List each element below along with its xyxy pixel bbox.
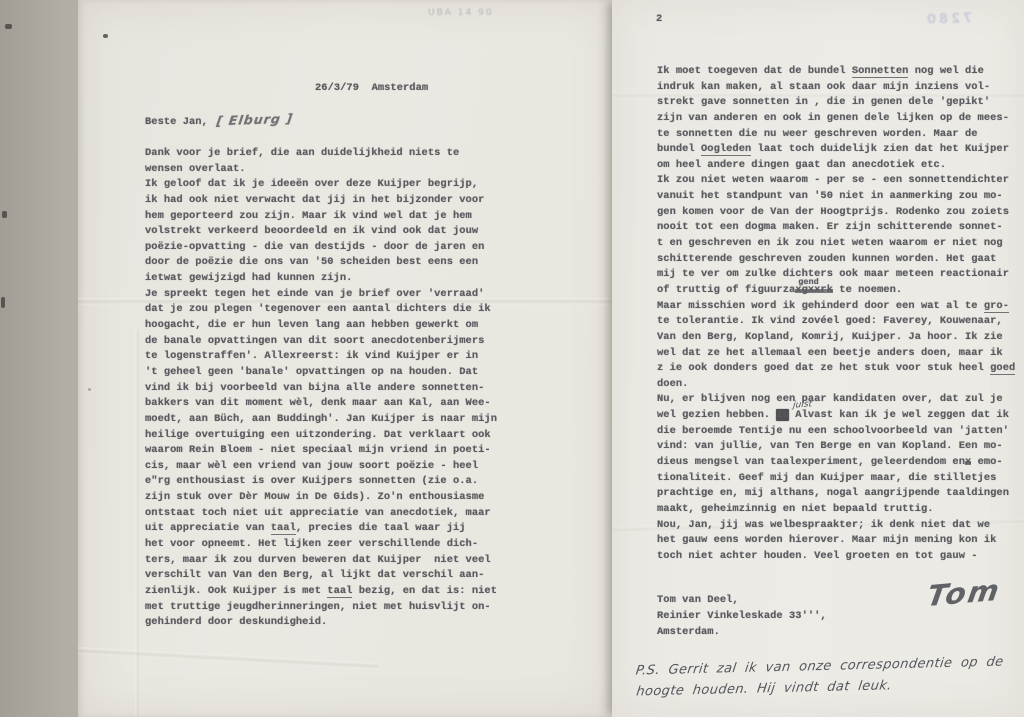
typed-line: vind ik bij voorbeeld van bijna alle and… (145, 381, 497, 397)
typed-line: te sonnetten die nu weer geschreven word… (657, 127, 1015, 143)
typed-line: dieus mengsel van taalexperiment, geleer… (657, 455, 1015, 471)
handwritten-name-annotation: [ Elburg ] (216, 111, 294, 129)
handwritten-insertion: juist (792, 399, 812, 410)
typed-line: vind: van jullie, van Ten Berge en van K… (657, 439, 1015, 455)
typed-line: zijn stuk over Dèr Mouw in De Gids). Zo'… (145, 490, 497, 506)
date-line: 26/3/79 Amsterdam (315, 82, 428, 94)
typed-line: t en geschreven en ik zou niet weten waa… (657, 236, 1015, 252)
typed-line: dat je zou plegen 'tegenover een aantal … (145, 302, 497, 318)
typed-line: uit appreciatie van taal, precies die ta… (145, 521, 497, 537)
scan-speck (2, 211, 7, 218)
typed-line: tionaliteit. Geef mij dan Kuijper maar, … (657, 471, 1015, 487)
typed-line: te logenstraffen'. Allexreerst: ik vind … (145, 349, 497, 365)
underlined-text: goed (990, 362, 1015, 375)
salutation: Beste Jan,[ Elburg ] (145, 112, 293, 128)
typed-line: met truttige jeugdherinneringen, niet me… (145, 600, 497, 616)
typed-line: cis, maar wèl een vriend van jouw soort … (145, 459, 497, 475)
scan-speck (103, 34, 108, 38)
typed-line: ietwat gewijzigd had kunnen zijn. (145, 271, 497, 287)
typed-line: 't geheel geen 'banale' opvattingen op n… (145, 365, 497, 381)
typed-line: waarom Rein Bloem - niet speciaal mijn v… (145, 443, 497, 459)
typed-line: poëzie-opvatting - die van destijds - do… (145, 240, 497, 256)
typed-line: het gauw eens worden hierover. Maar mijn… (657, 533, 1015, 549)
handwritten-postscript: P.S. Gerrit zal ik van onze corresponden… (636, 652, 1005, 703)
typed-line: verschilt van Van den Berg, al lijkt dat… (145, 568, 497, 584)
typed-line: het voor opneemt. Het lijken zeer versch… (145, 537, 497, 553)
typed-line: toch niet achter houden. Veel groeten en… (657, 549, 1015, 565)
typed-line: volstrekt verkeerd beoordeeld en ik vind… (145, 224, 497, 240)
typed-line: maakt, geheimzinnig en niet bepaald trut… (657, 502, 1015, 518)
struck-overtyped-text: x (965, 456, 971, 468)
typed-line: heilige overtuiging een uitzondering. Da… (145, 428, 497, 444)
typed-line: Maar misschien word ik gehinderd door ee… (657, 299, 1015, 315)
typed-line: vanuit het standpunt van '50 niet in aan… (657, 189, 1015, 205)
scanned-letter: 26/3/79 Amsterdam Beste Jan,[ Elburg ] D… (0, 0, 1024, 717)
typed-line: mij te ver om zulke dichters ook maar me… (657, 267, 1015, 283)
typed-line: Nou, Jan, jij was welbespraakter; ik den… (657, 518, 1015, 534)
typed-line: gen komen voor de Van der Hoogtprijs. Ro… (657, 205, 1015, 221)
typed-line: Amsterdam. (657, 624, 827, 640)
overtype-correction: gend (798, 275, 818, 291)
typed-line: zijn van anderen en ook in genen dele li… (657, 111, 1015, 127)
typed-line: of truttig of figuurzaxgxxrkgend te noem… (657, 283, 1015, 299)
typed-line: indruk kan maken, al staan ook daar mijn… (657, 80, 1015, 96)
typed-line: Dank voor je brief, die aan duidelijkhei… (145, 146, 497, 162)
sheet-page-2: 2 Ik moet toegeven dat de bundel Sonnett… (612, 0, 1024, 717)
scan-speck (1, 297, 5, 308)
sheet-page-1: 26/3/79 Amsterdam Beste Jan,[ Elburg ] D… (78, 0, 614, 717)
typed-line: hem geporteerd zou zijn. Maar ik vind we… (145, 209, 497, 225)
typed-line: prachtige en, mij althans, nogal aangrij… (657, 486, 1015, 502)
typed-line: wel gezien hebben. Zo Alvast kan ik je w… (657, 408, 1015, 424)
typed-line: Ik geloof dat ik je ideeën over deze Kui… (145, 177, 497, 193)
letter-body-page-2: Ik moet toegeven dat de bundel Sonnetten… (657, 64, 1015, 565)
typed-line: bakkers van dit moment wèl, denk maar aa… (145, 396, 497, 412)
typed-line: om heel andere dingen gaat dan anecdotie… (657, 158, 1015, 174)
typed-line: doen. (657, 377, 1015, 393)
scan-speck (5, 24, 12, 29)
underlined-text: taal (327, 585, 352, 598)
typed-line: ters, maar ik zou durven beweren dat Kui… (145, 553, 497, 569)
underlined-text: Sonnetten (852, 65, 909, 78)
typed-line: wel dat ze het allemaal een beetje ander… (657, 346, 1015, 362)
ink-blot: Zo (776, 409, 789, 421)
bleed-through-stamp: 7280 (924, 11, 973, 28)
struck-overtyped-text: xgxxrkgend (795, 284, 833, 296)
letter-body-page-1: Dank voor je brief, die aan duidelijkhei… (145, 146, 497, 631)
underlined-text: gro- (984, 300, 1009, 313)
typed-line: Van den Berg, Kopland, Komrij, Kuijper. … (657, 330, 1015, 346)
typed-line: nooit tot een dogma maken. Er zijn schit… (657, 220, 1015, 236)
typed-line: wensen overlaat. (145, 162, 497, 178)
typed-line: gehinderd door deskundigheid. (145, 615, 497, 631)
typed-line: de banale opvattingen van dit soort anec… (145, 334, 497, 350)
typed-line: e"rg enthousiast is over Kuijpers sonnet… (145, 474, 497, 490)
salutation-typed: Beste Jan, (145, 116, 208, 128)
scan-speck (88, 388, 91, 391)
typed-line: ik had ook niet verwacht dat jij in het … (145, 193, 497, 209)
typed-line: Ik zou niet weten waarom - per se - een … (657, 173, 1015, 189)
typed-line: strekt gave sonnetten in , die in genen … (657, 95, 1015, 111)
typed-line: te tolerantie. Ik vind zovéel goed: Fave… (657, 314, 1015, 330)
handwritten-signature: Tom (925, 573, 1004, 613)
typed-line: Reinier Vinkeleskade 33''', (657, 608, 827, 624)
typed-line: bundel Oogleden laat toch duidelijk zien… (657, 142, 1015, 158)
typed-line: moedt, aan Büch, aan Buddingh'. Jan Kuij… (145, 412, 497, 428)
typed-line: zienlijk. Ook Kuijper is met taal bezig,… (145, 584, 497, 600)
fold-crease (135, 330, 141, 717)
underlined-text: taal (271, 522, 296, 535)
typed-line: door de poëzie die ons van '50 scheiden … (145, 255, 497, 271)
page-number: 2 (656, 13, 662, 25)
typed-line: Ik moet toegeven dat de bundel Sonnetten… (657, 64, 1015, 80)
typed-line: schitterende geschreven zouden kunnen wo… (657, 252, 1015, 268)
typed-line: die beroemde Tentije nu een schoolvoorbe… (657, 424, 1015, 440)
letter-date: 26/3/79 Amsterdam (315, 82, 428, 94)
typed-line: Nu, er blijven nog een paar kandidaten o… (657, 392, 1015, 408)
typed-line: Je spreekt tegen het einde van je brief … (145, 287, 497, 303)
underlined-text: Oogleden (701, 143, 751, 156)
typed-line: Tom van Deel, (657, 592, 827, 608)
typed-line: z ie ook donders goed dat ze het stuk vo… (657, 361, 1015, 377)
faint-pencil-annotation: UBA 14 90 (428, 8, 494, 18)
typed-line: ontstaat toch niet uit appreciatie van a… (145, 506, 497, 522)
typed-line: hoogacht, die er hun leven lang aan hebb… (145, 318, 497, 334)
fold-crease (78, 647, 378, 670)
text-segment: d (321, 225, 327, 237)
typed-signature-block: Tom van Deel,Reinier Vinkeleskade 33''',… (657, 592, 827, 641)
